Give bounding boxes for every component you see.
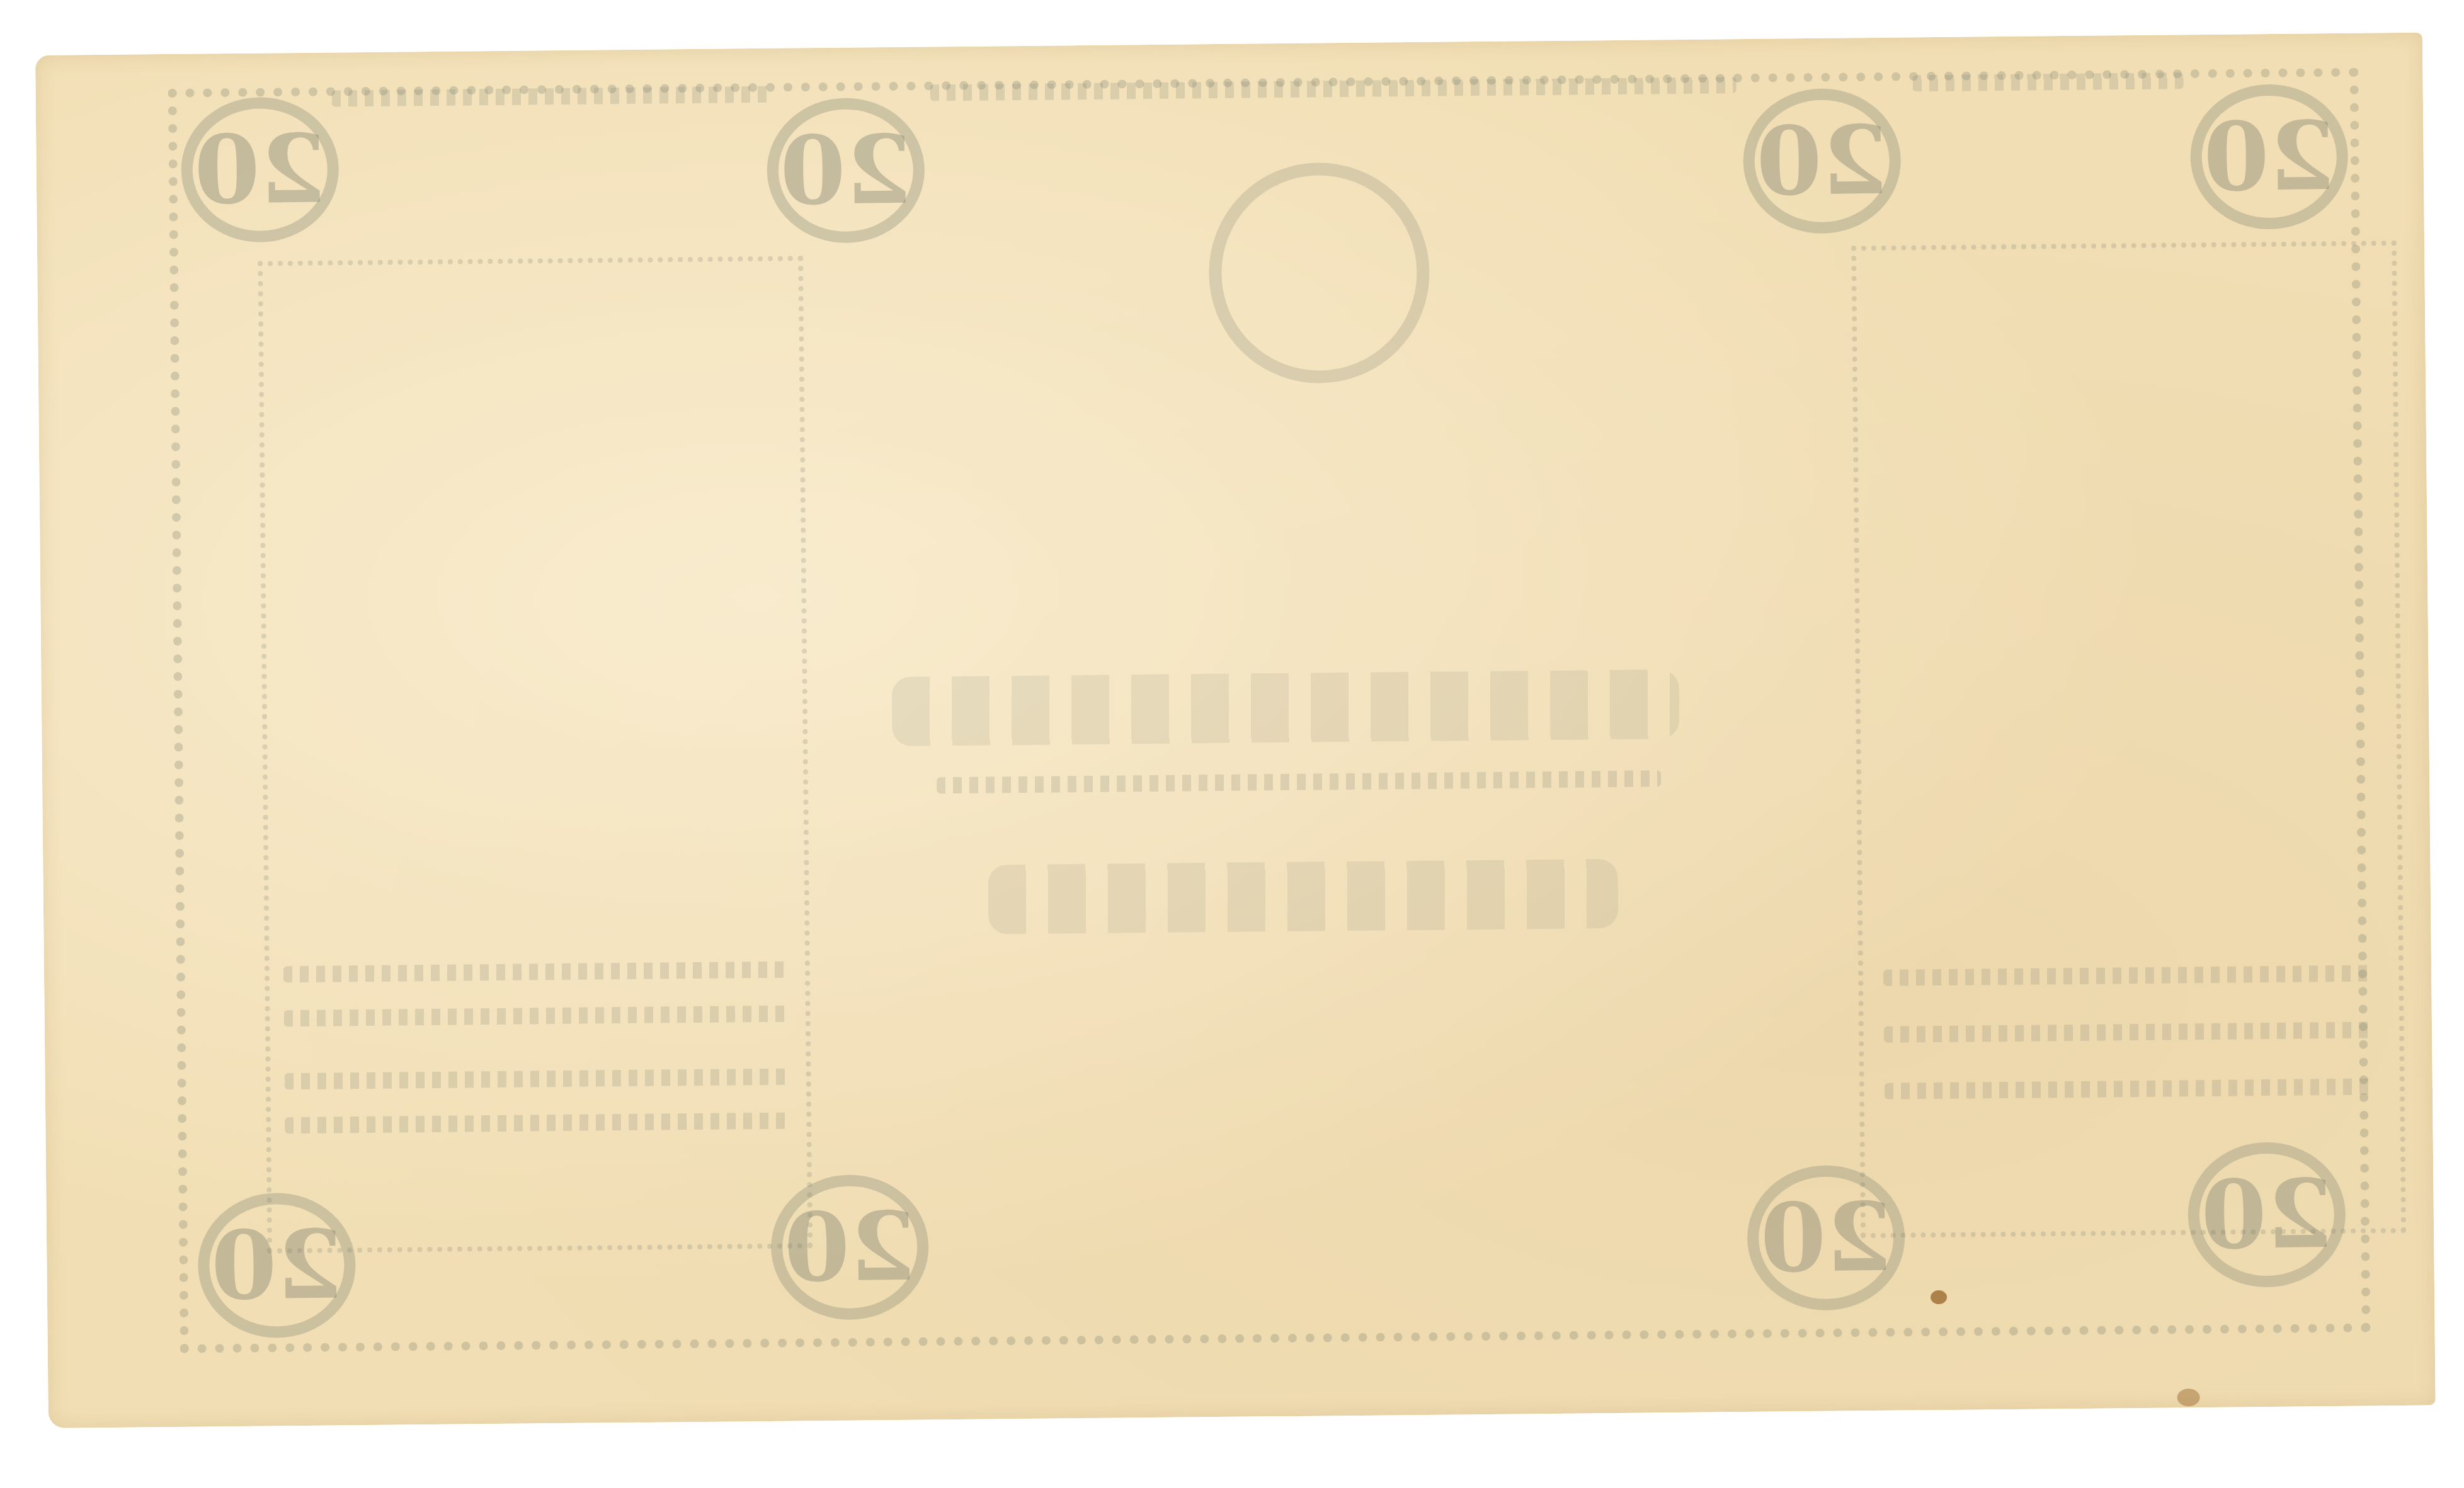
show-through-left-panel bbox=[258, 256, 813, 1253]
denomination-numeral: 20 bbox=[780, 115, 912, 227]
denomination-numeral: 20 bbox=[194, 114, 326, 226]
corner-medallion-bottom-left: 20 bbox=[197, 1192, 356, 1338]
show-through-seal bbox=[1208, 162, 1430, 384]
show-through-title-text bbox=[892, 669, 1680, 746]
show-through-amount-text bbox=[988, 859, 1618, 934]
medallion-bottom-center-right: 20 bbox=[1747, 1165, 1905, 1311]
medallion-bottom-center-left: 20 bbox=[770, 1174, 929, 1320]
paper-stain bbox=[2177, 1389, 2199, 1406]
corner-medallion-bottom-right: 20 bbox=[2187, 1142, 2346, 1288]
denomination-numeral: 20 bbox=[1760, 1182, 1892, 1294]
denomination-numeral: 20 bbox=[1756, 105, 1888, 217]
medallion-top-center-right: 20 bbox=[1743, 88, 1902, 234]
denomination-numeral: 20 bbox=[2201, 1159, 2333, 1271]
corner-medallion-top-left: 20 bbox=[181, 96, 339, 242]
denomination-numeral: 20 bbox=[784, 1191, 916, 1303]
show-through-top-text bbox=[1912, 72, 2183, 91]
paper-stain bbox=[1931, 1290, 1947, 1304]
banknote-paper: 20 20 20 20 20 20 20 20 bbox=[35, 33, 2436, 1428]
denomination-numeral: 20 bbox=[210, 1209, 343, 1321]
medallion-top-center-left: 20 bbox=[767, 97, 925, 243]
corner-medallion-top-right: 20 bbox=[2190, 84, 2349, 230]
denomination-numeral: 20 bbox=[2203, 101, 2335, 213]
